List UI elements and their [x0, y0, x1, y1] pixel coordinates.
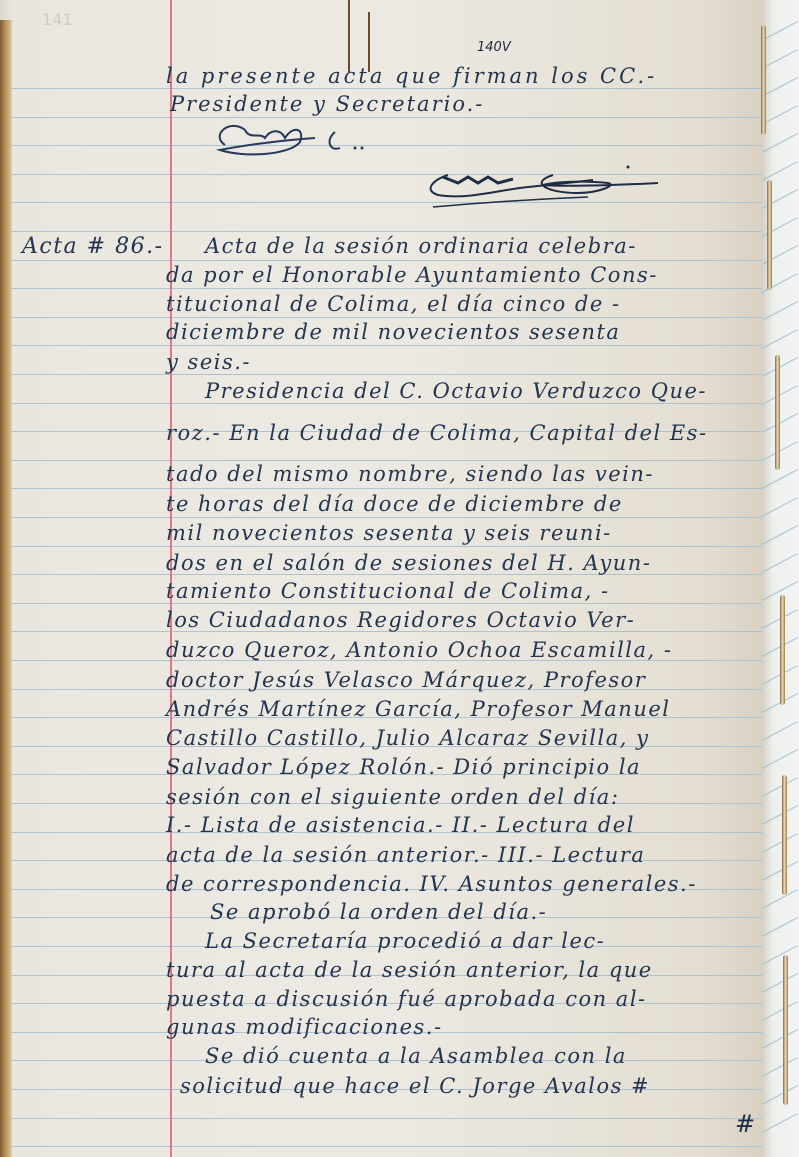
- adjacent-rule-line: [762, 49, 798, 69]
- adjacent-rule-line: [762, 133, 798, 153]
- pin-mark: [368, 12, 370, 72]
- rule-line: [12, 460, 762, 461]
- handwritten-line: Se dió cuenta a la Asamblea con la: [205, 1046, 627, 1067]
- end-hash-mark: #: [735, 1110, 755, 1138]
- pencil-page-mark: 141: [42, 10, 73, 29]
- staple-4: [780, 595, 785, 705]
- handwritten-line: tado del mismo nombre, siendo las vein-: [166, 464, 654, 485]
- adjacent-rule-line: [762, 973, 798, 993]
- handwritten-line: Castillo Castillo, Julio Alcaraz Sevilla…: [166, 728, 649, 749]
- handwritten-line: Presidencia del C. Octavio Verduzco Que-: [205, 381, 707, 402]
- handwritten-line: acta de la sesión anterior.- III.- Lectu…: [166, 845, 645, 866]
- adjacent-rule-line: [762, 777, 798, 797]
- rule-line: [12, 517, 762, 518]
- rule-line: [12, 88, 762, 89]
- adjacent-rule-line: [762, 889, 798, 909]
- adjacent-rule-line: [762, 917, 798, 937]
- adjacent-rule-line: [762, 749, 798, 769]
- staple-1: [761, 25, 766, 135]
- adjacent-rule-line: [762, 1113, 798, 1133]
- handwritten-line: titucional de Colima, el día cinco de -: [166, 294, 621, 315]
- adjacent-rule-line: [762, 861, 798, 881]
- adjacent-rule-line: [762, 525, 798, 545]
- document-photo: 141 140V la presente acta que firman los…: [0, 0, 799, 1157]
- adjacent-rule-line: [762, 1001, 798, 1021]
- rule-line: [12, 231, 762, 232]
- staple-3: [775, 355, 780, 470]
- adjacent-rule-line: [762, 721, 798, 741]
- rule-line: [12, 603, 762, 604]
- adjacent-rule-line: [762, 21, 798, 41]
- adjacent-rule-line: [762, 161, 798, 181]
- handwritten-line: gunas modificaciones.-: [166, 1017, 443, 1038]
- adjacent-rule-line: [762, 301, 798, 321]
- handwritten-line: los Ciudadanos Regidores Octavio Ver-: [166, 610, 635, 631]
- rule-line: [12, 117, 762, 118]
- adjacent-rule-line: [762, 1057, 798, 1077]
- handwritten-line: sesión con el siguiente orden del día:: [166, 787, 619, 808]
- staple-2: [767, 180, 772, 290]
- handwritten-line: I.- Lista de asistencia.- II.- Lectura d…: [166, 815, 635, 836]
- adjacent-rule-line: [762, 469, 798, 489]
- handwritten-line: Andrés Martínez García, Profesor Manuel: [166, 699, 671, 720]
- handwritten-line: duzco Queroz, Antonio Ochoa Escamilla, -: [166, 640, 672, 661]
- handwritten-line: de correspondencia. IV. Asuntos generale…: [166, 874, 697, 895]
- handwritten-line: solicitud que hace el C. Jorge Avalos #: [180, 1076, 650, 1097]
- page-edge: [0, 20, 12, 1157]
- rule-line: [12, 403, 762, 404]
- rule-line: [12, 1118, 762, 1119]
- adjacent-rule-line: [762, 105, 798, 125]
- adjacent-rule-line: [762, 945, 798, 965]
- rule-line: [12, 145, 762, 146]
- rule-line: [12, 488, 762, 489]
- handwritten-line: La Secretaría procedió a dar lec-: [205, 931, 605, 952]
- handwritten-line: Acta de la sesión ordinaria celebra-: [205, 236, 637, 257]
- signature-1: [205, 110, 375, 165]
- adjacent-page: [762, 0, 799, 1157]
- staple-6: [783, 955, 788, 1105]
- handwritten-line: te horas del día doce de diciembre de: [166, 494, 623, 515]
- handwritten-line: da por el Honorable Ayuntamiento Cons-: [166, 265, 658, 286]
- handwritten-line: doctor Jesús Velasco Márquez, Profesor: [166, 670, 646, 691]
- signature-2: [418, 155, 678, 215]
- rule-line: [12, 260, 762, 261]
- handwritten-line: la presente acta que firman los CC.-: [166, 66, 657, 87]
- adjacent-rule-line: [762, 497, 798, 517]
- handwritten-line: tura al acta de la sesión anterior, la q…: [166, 960, 653, 981]
- rule-line: [12, 345, 762, 346]
- adjacent-rule-line: [762, 553, 798, 573]
- adjacent-rule-line: [762, 805, 798, 825]
- handwritten-line: y seis.-: [166, 352, 251, 373]
- rule-line: [12, 317, 762, 318]
- rule-line: [12, 288, 762, 289]
- pin-mark: [348, 0, 350, 72]
- rule-line: [12, 1146, 762, 1147]
- handwritten-line: diciembre de mil novecientos sesenta: [166, 322, 620, 343]
- handwritten-line: mil novecientos sesenta y seis reuni-: [166, 523, 612, 544]
- adjacent-rule-line: [762, 77, 798, 97]
- handwritten-line: dos en el salón de sesiones del H. Ayun-: [166, 553, 651, 574]
- folio-number: 140V: [477, 40, 511, 55]
- rule-line: [12, 374, 762, 375]
- handwritten-line: puesta a discusión fué aprobada con al-: [166, 989, 647, 1010]
- handwritten-line: tamiento Constitucional de Colima, -: [166, 581, 610, 602]
- adjacent-rule-line: [762, 1085, 798, 1105]
- staple-5: [782, 775, 787, 895]
- adjacent-rule-line: [762, 833, 798, 853]
- adjacent-rule-line: [762, 1029, 798, 1049]
- rule-line: [12, 546, 762, 547]
- handwritten-line: Salvador López Rolón.- Dió principio la: [166, 757, 641, 778]
- handwritten-line: Se aprobó la orden del día.-: [210, 902, 547, 923]
- act-number-heading: Acta # 86.-: [22, 236, 164, 258]
- handwritten-line: roz.- En la Ciudad de Colima, Capital de…: [166, 423, 708, 444]
- adjacent-rule-line: [762, 329, 798, 349]
